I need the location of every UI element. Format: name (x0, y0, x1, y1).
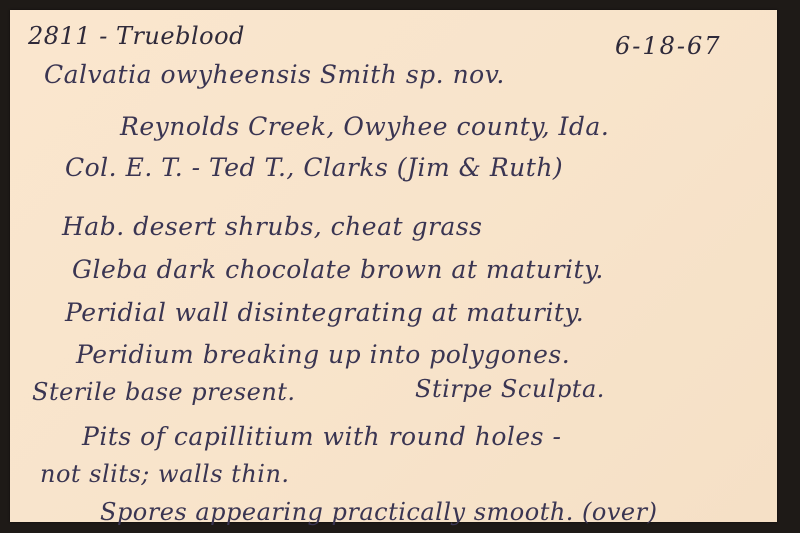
collection-date: 6-18-67 (615, 32, 722, 60)
note-gleba: Gleba dark chocolate brown at maturity. (72, 255, 604, 284)
note-capillitium: Pits of capillitium with round holes - (82, 422, 561, 451)
collectors: Col. E. T. - Ted T., Clarks (Jim & Ruth) (65, 153, 563, 182)
note-walls: not slits; walls thin. (40, 460, 290, 488)
note-peridial-wall: Peridial wall disintegrating at maturity… (65, 298, 584, 327)
note-peridium: Peridium breaking up into polygones. (76, 340, 570, 369)
habitat: Hab. desert shrubs, cheat grass (62, 212, 483, 241)
note-sterile-base: Sterile base present. (32, 378, 296, 406)
herbarium-label-card: 2811 - Trueblood 6-18-67 Calvatia owyhee… (10, 10, 777, 522)
collection-number: 2811 - Trueblood (28, 22, 245, 50)
locality: Reynolds Creek, Owyhee county, Ida. (120, 112, 609, 141)
note-stirpe: Stirpe Sculpta. (415, 375, 605, 403)
note-spores: Spores appearing practically smooth. (ov… (100, 498, 657, 526)
species-name: Calvatia owyheensis Smith sp. nov. (44, 60, 505, 89)
